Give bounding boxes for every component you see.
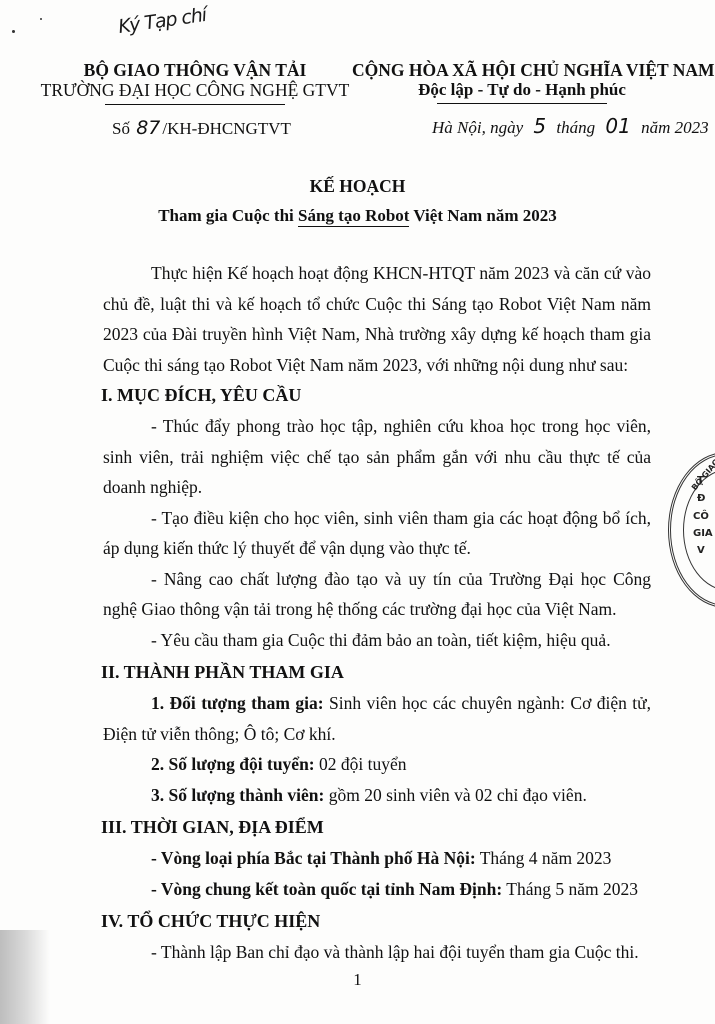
national-motto: Độc lập - Tự do - Hạnh phúc (352, 80, 692, 100)
section-heading: II. THÀNH PHẦN THAM GIA (101, 657, 651, 688)
list-item: - Vòng chung kết toàn quốc tại tỉnh Nam … (103, 874, 651, 905)
date-prefix: Hà Nội, ngày (432, 118, 523, 137)
doc-number-prefix: Số (112, 119, 130, 138)
document-page: Ký Tạp chí BỘ GIAO THÔNG VẬN TẢI TRƯỜNG … (0, 0, 715, 1024)
date-month: 01 (599, 114, 636, 138)
list-item: 3. Số lượng thành viên: gồm 20 sinh viên… (103, 780, 651, 811)
divider (437, 103, 607, 104)
item-text: Tháng 5 năm 2023 (502, 879, 638, 899)
item-text: 02 đội tuyển (315, 754, 407, 774)
seal-text: T (697, 475, 704, 486)
list-item: - Thành lập Ban chỉ đạo và thành lập hai… (103, 937, 651, 968)
item-label: - Vòng loại phía Bắc tại Thành phố Hà Nộ… (151, 848, 476, 868)
nation-name: CỘNG HÒA XÃ HỘI CHỦ NGHĨA VIỆT NAM (352, 60, 692, 80)
list-item: 1. Đối tượng tham gia: Sinh viên học các… (103, 688, 651, 749)
scan-speck (12, 30, 15, 33)
handwritten-note: Ký Tạp chí (117, 4, 208, 38)
issuer-block: BỘ GIAO THÔNG VẬN TẢI TRƯỜNG ĐẠI HỌC CÔN… (40, 60, 350, 105)
scan-speck (40, 18, 42, 20)
list-item: - Vòng loại phía Bắc tại Thành phố Hà Nộ… (103, 843, 651, 874)
official-seal: BỘ GIAO T T Đ CÔ GIA V (668, 452, 715, 608)
subtitle-part: Tham gia Cuộc thi (158, 206, 298, 225)
list-item: - Thúc đẩy phong trào học tập, nghiên cứ… (103, 411, 651, 503)
subtitle-part: Việt Nam năm 2023 (409, 206, 556, 225)
item-text: Tháng 4 năm 2023 (476, 848, 612, 868)
document-date: Hà Nội, ngày 5 tháng 01 năm 2023 (432, 114, 709, 138)
list-item: 2. Số lượng đội tuyển: 02 đội tuyển (103, 749, 651, 780)
item-label: 3. Số lượng thành viên: (151, 785, 324, 805)
national-header: CỘNG HÒA XÃ HỘI CHỦ NGHĨA VIỆT NAM Độc l… (352, 60, 692, 104)
doc-number-handwritten: 87 (134, 117, 162, 139)
document-subtitle: Tham gia Cuộc thi Sáng tạo Robot Việt Na… (0, 206, 715, 226)
intro-paragraph: Thực hiện Kế hoạch hoạt động KHCN-HTQT n… (103, 258, 651, 380)
document-body: Thực hiện Kế hoạch hoạt động KHCN-HTQT n… (103, 258, 651, 968)
section-heading: III. THỜI GIAN, ĐỊA ĐIỂM (101, 812, 651, 843)
list-item: - Tạo điều kiện cho học viên, sinh viên … (103, 503, 651, 564)
item-label: - Vòng chung kết toàn quốc tại tỉnh Nam … (151, 879, 502, 899)
seal-text: GIA (693, 528, 713, 539)
subtitle-underlined: Sáng tạo Robot (298, 206, 409, 227)
list-item: - Nâng cao chất lượng đào tạo và uy tín … (103, 564, 651, 625)
date-month-label: tháng (556, 118, 595, 137)
date-day: 5 (527, 114, 552, 138)
doc-number-suffix: /KH-ĐHCNGTVT (162, 119, 290, 138)
page-number: 1 (0, 970, 715, 990)
item-label: 2. Số lượng đội tuyển: (151, 754, 315, 774)
item-label: 1. Đối tượng tham gia: (151, 693, 324, 713)
date-year: năm 2023 (641, 118, 709, 137)
section-heading: I. MỤC ĐÍCH, YÊU CẦU (101, 380, 651, 411)
ministry-name: BỘ GIAO THÔNG VẬN TẢI (40, 60, 350, 80)
seal-text: Đ (697, 493, 705, 504)
seal-text: CÔ (693, 511, 709, 522)
document-number: Số 87/KH-ĐHCNGTVT (112, 117, 291, 139)
school-name: TRƯỜNG ĐẠI HỌC CÔNG NGHỆ GTVT (40, 80, 350, 100)
divider (105, 104, 285, 105)
section-heading: IV. TỔ CHỨC THỰC HIỆN (101, 906, 651, 937)
item-text: gồm 20 sinh viên và 02 chỉ đạo viên. (324, 785, 586, 805)
list-item: - Yêu cầu tham gia Cuộc thi đảm bảo an t… (103, 625, 651, 656)
seal-text: V (697, 545, 705, 556)
document-title: KẾ HOẠCH (0, 176, 715, 197)
